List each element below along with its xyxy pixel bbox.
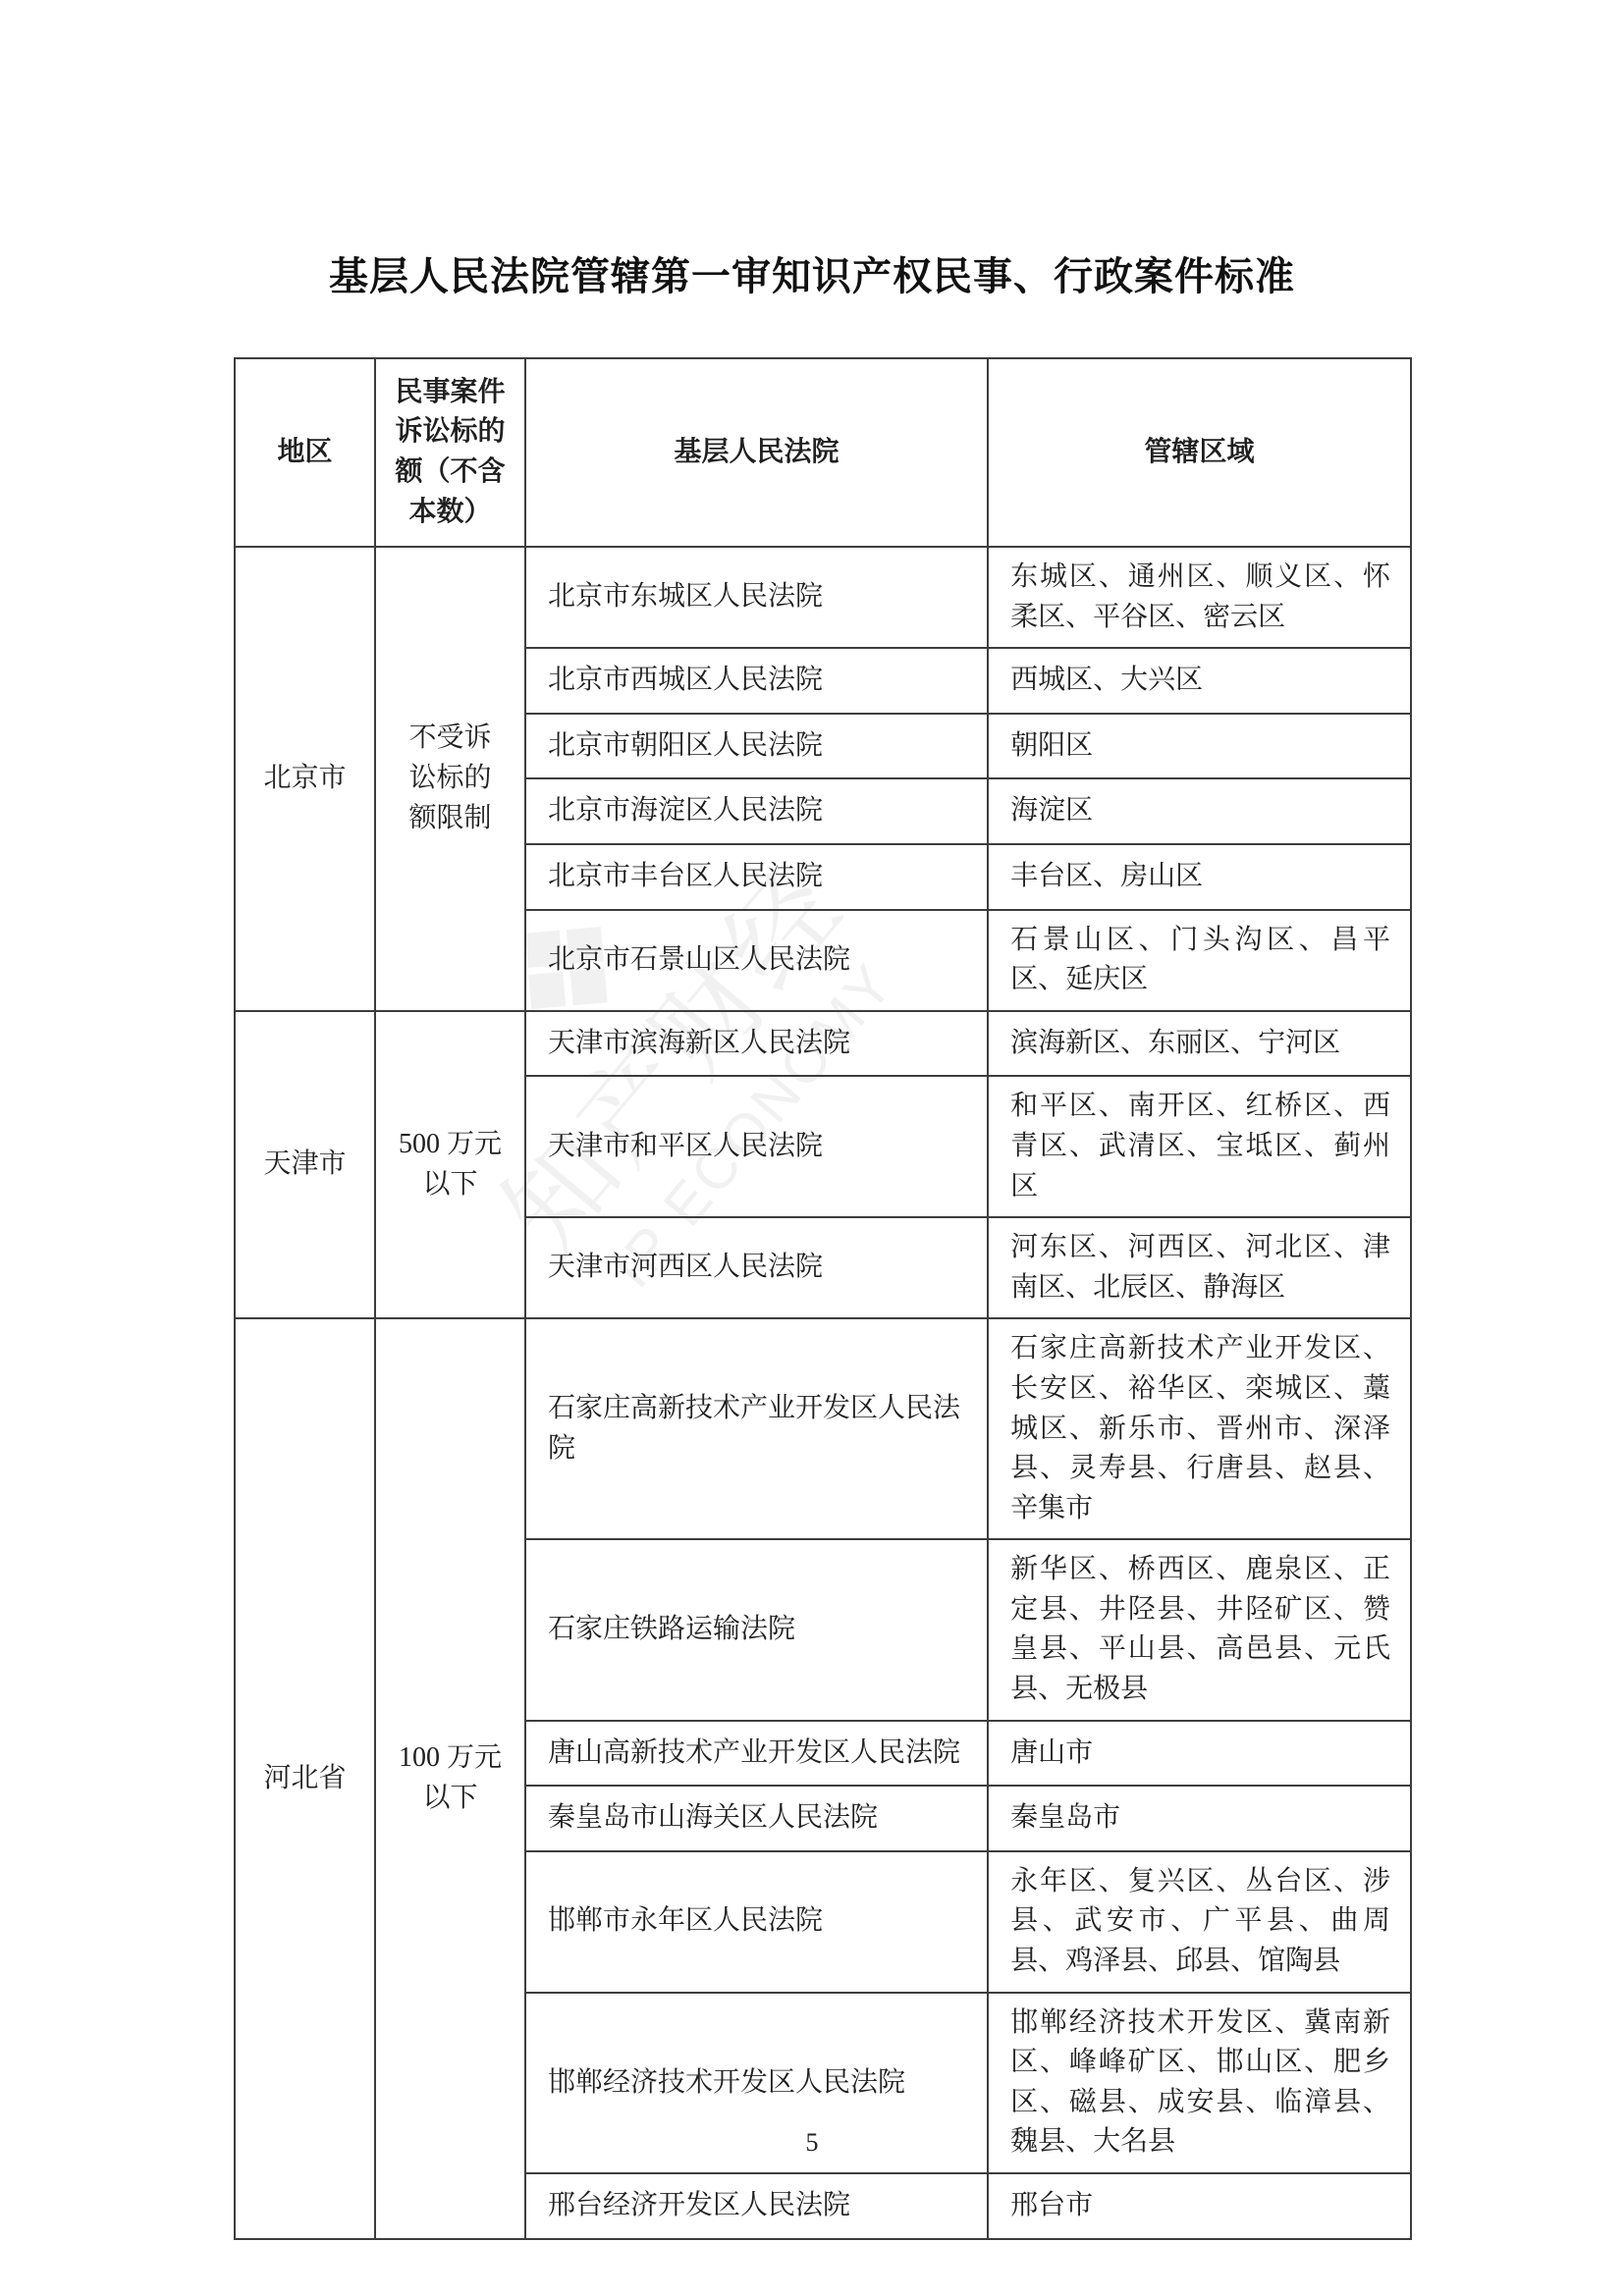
region-cell-beijing: 北京市 bbox=[235, 547, 375, 1011]
area-cell: 和平区、南开区、红桥区、西青区、武清区、宝坻区、蓟州区 bbox=[988, 1076, 1411, 1217]
amount-cell-hebei: 100 万元以下 bbox=[375, 1318, 525, 2238]
header-area: 管辖区域 bbox=[988, 358, 1411, 547]
table-row: 河北省 100 万元以下 石家庄高新技术产业开发区人民法院 石家庄高新技术产业开… bbox=[235, 1318, 1411, 1539]
court-cell: 天津市河西区人民法院 bbox=[525, 1217, 988, 1318]
area-cell: 东城区、通州区、顺义区、怀柔区、平谷区、密云区 bbox=[988, 547, 1411, 648]
court-cell: 天津市和平区人民法院 bbox=[525, 1076, 988, 1217]
area-cell: 新华区、桥西区、鹿泉区、正定县、井陉县、井陉矿区、赞皇县、平山县、高邑县、元氏县… bbox=[988, 1539, 1411, 1720]
area-cell: 朝阳区 bbox=[988, 714, 1411, 779]
court-cell: 北京市海淀区人民法院 bbox=[525, 778, 988, 844]
court-cell: 邢台经济开发区人民法院 bbox=[525, 2173, 988, 2239]
area-cell: 石家庄高新技术产业开发区、长安区、裕华区、栾城区、藁城区、新乐市、晋州市、深泽县… bbox=[988, 1318, 1411, 1539]
document-page: 基层人民法院管辖第一审知识产权民事、行政案件标准 ❖ 知产财经 IP ECONO… bbox=[0, 0, 1624, 2296]
area-cell: 海淀区 bbox=[988, 778, 1411, 844]
area-cell: 滨海新区、东丽区、宁河区 bbox=[988, 1011, 1411, 1077]
header-row: 地区 民事案件诉讼标的额（不含本数） 基层人民法院 管辖区域 bbox=[235, 358, 1411, 547]
amount-cell-tianjin: 500 万元以下 bbox=[375, 1011, 525, 1319]
area-cell: 唐山市 bbox=[988, 1721, 1411, 1787]
page-title: 基层人民法院管辖第一审知识产权民事、行政案件标准 bbox=[0, 0, 1624, 301]
court-cell: 北京市石景山区人民法院 bbox=[525, 910, 988, 1011]
court-cell: 邯郸经济技术开发区人民法院 bbox=[525, 1993, 988, 2173]
court-cell: 北京市西城区人民法院 bbox=[525, 648, 988, 714]
area-cell: 河东区、河西区、河北区、津南区、北辰区、静海区 bbox=[988, 1217, 1411, 1318]
header-region: 地区 bbox=[235, 358, 375, 547]
area-cell: 石景山区、门头沟区、昌平区、延庆区 bbox=[988, 910, 1411, 1011]
jurisdiction-table: 地区 民事案件诉讼标的额（不含本数） 基层人民法院 管辖区域 北京市 不受诉讼标… bbox=[234, 357, 1412, 2240]
area-cell: 永年区、复兴区、丛台区、涉县、武安市、广平县、曲周县、鸡泽县、邱县、馆陶县 bbox=[988, 1851, 1411, 1993]
table-row: 天津市 500 万元以下 天津市滨海新区人民法院 滨海新区、东丽区、宁河区 bbox=[235, 1011, 1411, 1077]
area-cell: 丰台区、房山区 bbox=[988, 844, 1411, 910]
area-cell: 邯郸经济技术开发区、冀南新区、峰峰矿区、邯山区、肥乡区、磁县、成安县、临漳县、魏… bbox=[988, 1993, 1411, 2173]
region-cell-hebei: 河北省 bbox=[235, 1318, 375, 2238]
court-cell: 北京市东城区人民法院 bbox=[525, 547, 988, 648]
court-cell: 北京市丰台区人民法院 bbox=[525, 844, 988, 910]
region-cell-tianjin: 天津市 bbox=[235, 1011, 375, 1319]
area-cell: 秦皇岛市 bbox=[988, 1786, 1411, 1851]
court-cell: 天津市滨海新区人民法院 bbox=[525, 1011, 988, 1077]
header-court: 基层人民法院 bbox=[525, 358, 988, 547]
header-amount: 民事案件诉讼标的额（不含本数） bbox=[375, 358, 525, 547]
court-cell: 秦皇岛市山海关区人民法院 bbox=[525, 1786, 988, 1851]
court-cell: 石家庄高新技术产业开发区人民法院 bbox=[525, 1318, 988, 1539]
area-cell: 邢台市 bbox=[988, 2173, 1411, 2239]
court-cell: 邯郸市永年区人民法院 bbox=[525, 1851, 988, 1993]
court-cell: 石家庄铁路运输法院 bbox=[525, 1539, 988, 1720]
court-cell: 唐山高新技术产业开发区人民法院 bbox=[525, 1721, 988, 1787]
court-cell: 北京市朝阳区人民法院 bbox=[525, 714, 988, 779]
amount-cell-beijing: 不受诉讼标的额限制 bbox=[375, 547, 525, 1011]
table-row: 北京市 不受诉讼标的额限制 北京市东城区人民法院 东城区、通州区、顺义区、怀柔区… bbox=[235, 547, 1411, 648]
area-cell: 西城区、大兴区 bbox=[988, 648, 1411, 714]
